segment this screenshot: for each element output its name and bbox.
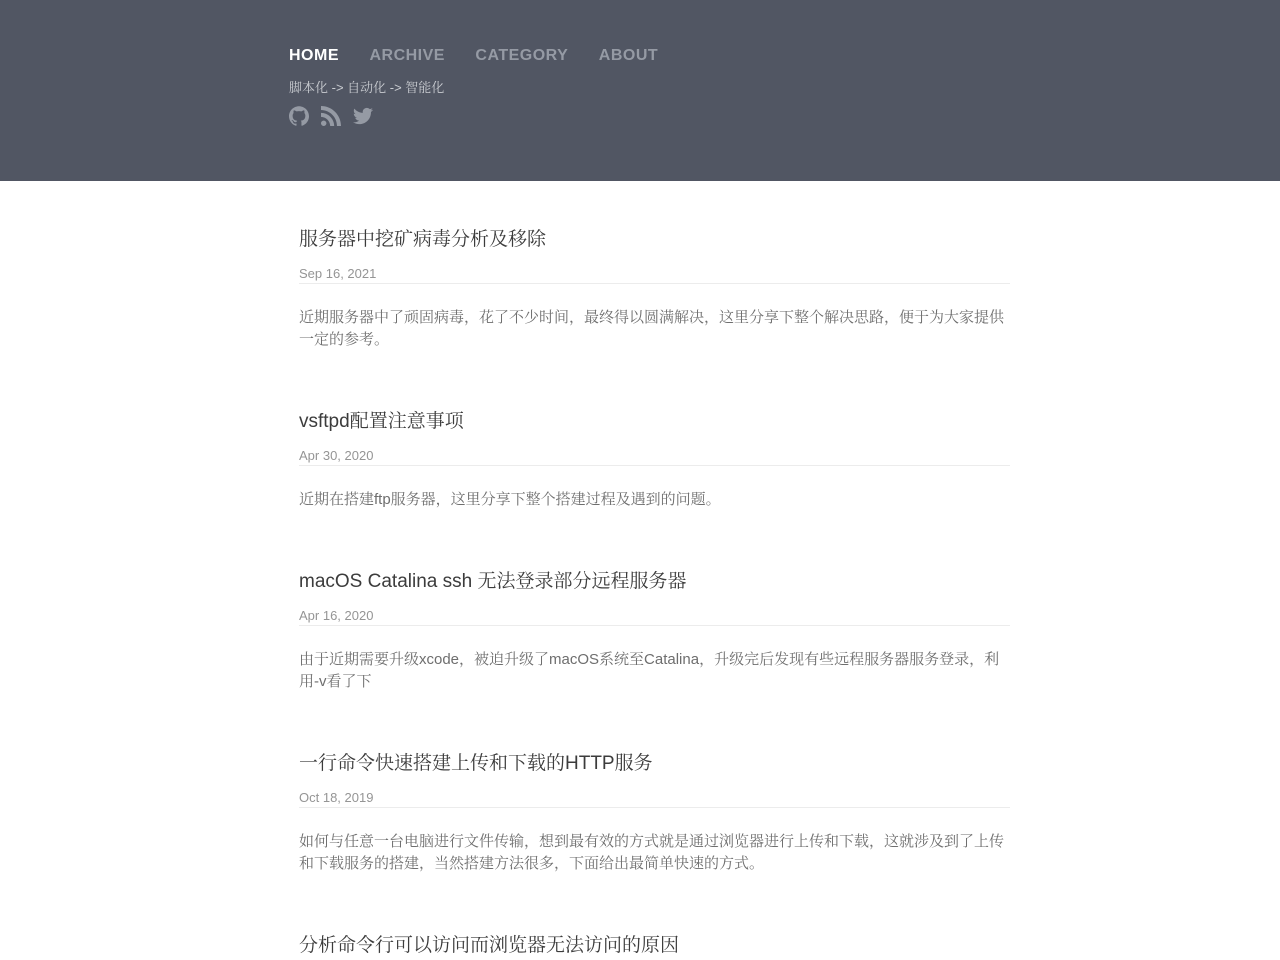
post-title-link[interactable]: vsftpd配置注意事项 (299, 411, 464, 432)
post-title: macOS Catalina ssh 无法登录部分远程服务器 (299, 567, 1010, 596)
header-inner: HOME ARCHIVE CATEGORY ABOUT 脚本化 -> 自动化 -… (289, 46, 1280, 126)
post-item: 一行命令快速搭建上传和下载的HTTP服务 Oct 18, 2019 如何与任意一… (299, 749, 1010, 875)
twitter-icon[interactable] (353, 106, 373, 126)
main-nav: HOME ARCHIVE CATEGORY ABOUT (289, 46, 1280, 66)
site-tagline: 脚本化 -> 自动化 -> 智能化 (289, 78, 1280, 98)
post-title-link[interactable]: macOS Catalina ssh 无法登录部分远程服务器 (299, 571, 686, 592)
rss-icon[interactable] (321, 106, 341, 126)
post-title: 分析命令行可以访问而浏览器无法访问的原因 (299, 931, 1010, 960)
post-title: 一行命令快速搭建上传和下载的HTTP服务 (299, 749, 1010, 778)
post-date: Sep 16, 2021 (299, 264, 1010, 284)
post-excerpt: 近期服务器中了顽固病毒，花了不少时间，最终得以圆满解决，这里分享下整个解决思路，… (299, 307, 1010, 351)
post-title: vsftpd配置注意事项 (299, 407, 1010, 436)
nav-item-category[interactable]: CATEGORY (475, 46, 568, 66)
post-item: macOS Catalina ssh 无法登录部分远程服务器 Apr 16, 2… (299, 567, 1010, 693)
post-title: 服务器中挖矿病毒分析及移除 (299, 225, 1010, 254)
post-item: 服务器中挖矿病毒分析及移除 Sep 16, 2021 近期服务器中了顽固病毒，花… (299, 225, 1010, 351)
post-excerpt: 由于近期需要升级xcode，被迫升级了macOS系统至Catalina，升级完后… (299, 649, 1010, 693)
post-date: Oct 18, 2019 (299, 788, 1010, 808)
post-date: Apr 16, 2020 (299, 606, 1010, 626)
post-list: 服务器中挖矿病毒分析及移除 Sep 16, 2021 近期服务器中了顽固病毒，花… (299, 181, 1010, 960)
post-date: Apr 30, 2020 (299, 446, 1010, 466)
social-links (289, 106, 1280, 126)
nav-item-about[interactable]: ABOUT (599, 46, 658, 66)
post-excerpt: 如何与任意一台电脑进行文件传输，想到最有效的方式就是通过浏览器进行上传和下载，这… (299, 831, 1010, 875)
post-title-link[interactable]: 服务器中挖矿病毒分析及移除 (299, 229, 546, 250)
nav-item-home[interactable]: HOME (289, 46, 339, 66)
post-item: 分析命令行可以访问而浏览器无法访问的原因 (299, 931, 1010, 960)
post-title-link[interactable]: 一行命令快速搭建上传和下载的HTTP服务 (299, 753, 653, 774)
site-header: HOME ARCHIVE CATEGORY ABOUT 脚本化 -> 自动化 -… (0, 0, 1280, 181)
nav-item-archive[interactable]: ARCHIVE (369, 46, 445, 66)
post-title-link[interactable]: 分析命令行可以访问而浏览器无法访问的原因 (299, 935, 679, 956)
github-icon[interactable] (289, 106, 309, 126)
post-item: vsftpd配置注意事项 Apr 30, 2020 近期在搭建ftp服务器，这里… (299, 407, 1010, 511)
post-excerpt: 近期在搭建ftp服务器，这里分享下整个搭建过程及遇到的问题。 (299, 489, 1010, 511)
